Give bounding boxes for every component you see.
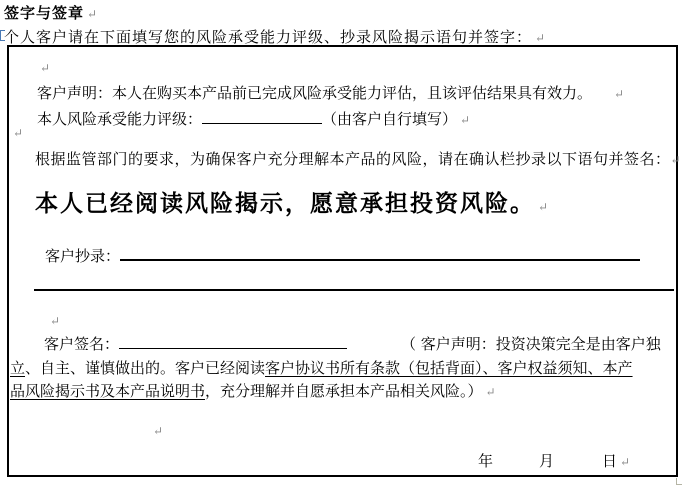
- instruction-text: 根据监管部门的要求，为确保客户充分理解本产品的风险，请在确认栏抄录以下语句并签名…: [35, 150, 671, 168]
- signature-note-underlined-text: 立: [10, 359, 25, 377]
- risk-rating-label: 本人风险承受能力评级：: [37, 110, 202, 128]
- risk-rating-line: 本人风险承受能力评级：（由客户自行填写）↵: [37, 108, 470, 129]
- risk-rating-note: （由客户自行填写）: [322, 110, 457, 128]
- signature-note-underlined-text: 品风险揭示书及本产品说明书: [10, 382, 205, 400]
- risk-statement-line: 本人已经阅读风险揭示，愿意承担投资风险。↵: [35, 185, 548, 218]
- page-title-text: 签字与签章: [4, 4, 84, 22]
- signature-paragraph: 客户签名：（ 客户声明：投资决策完全是由客户独立、自主、谨慎做出的。客户已经阅读…: [10, 333, 676, 405]
- date-line: 年月日↵: [478, 450, 630, 471]
- client-copy-blank-field[interactable]: [120, 245, 640, 261]
- date-month-label: 月: [539, 452, 554, 470]
- document-page: 签字与签章↵ 个人客户请在下面填写您的风险承受能力评级、抄录风险揭示语句并签字：…: [0, 0, 682, 486]
- pilcrow-mark: ↵: [532, 31, 545, 45]
- intro-text: 个人客户请在下面填写您的风险承受能力评级、抄录风险揭示语句并签字：: [4, 28, 532, 46]
- client-copy-blank-field-line2[interactable]: [34, 269, 674, 291]
- client-copy-label: 客户抄录：: [45, 247, 120, 265]
- signature-note-text: 、自主、谨慎做出的。客户已经阅读: [25, 359, 265, 377]
- pilcrow-mark: ↵: [535, 200, 548, 214]
- empty-paragraph: ↵: [10, 123, 23, 141]
- client-declaration-text: 客户声明：本人在购买本产品前已完成风险承受能力评估，且该评估结果具有效力。: [37, 84, 592, 102]
- pilcrow-mark: ↵: [457, 113, 470, 127]
- pilcrow-mark: ↵: [592, 87, 624, 101]
- client-copy-line: 客户抄录：: [45, 245, 640, 266]
- page-title: 签字与签章↵: [4, 2, 97, 23]
- client-declaration-line: 客户声明：本人在购买本产品前已完成风险承受能力评估，且该评估结果具有效力。↵: [37, 82, 624, 103]
- signature-note-underlined-text: 客户协议书所有条款（包括背面）、客户权益须知、本产: [265, 359, 633, 377]
- risk-rating-blank-field[interactable]: [202, 109, 322, 124]
- pilcrow-mark: ↵: [617, 455, 630, 469]
- pilcrow-mark: ↵: [483, 385, 496, 399]
- instruction-line: 根据监管部门的要求，为确保客户充分理解本产品的风险，请在确认栏抄录以下语句并签名…: [35, 148, 681, 169]
- date-year-label: 年: [478, 452, 493, 470]
- signature-note-text: （ 客户声明：投资决策完全是由客户独: [401, 335, 661, 353]
- signature-note-text: ，充分理解并自愿承担本产品相关风险。）: [205, 382, 483, 400]
- pilcrow-mark: ↵: [671, 153, 681, 167]
- intro-line: 个人客户请在下面填写您的风险承受能力评级、抄录风险揭示语句并签字：↵: [4, 26, 545, 47]
- signature-label: 客户签名：: [44, 335, 119, 353]
- text-boundary-mark: [676, 478, 682, 485]
- pilcrow-mark: ↵: [150, 424, 163, 438]
- pilcrow-mark: ↵: [47, 314, 60, 328]
- pilcrow-mark: ↵: [84, 7, 97, 21]
- empty-paragraph: ↵: [150, 421, 163, 439]
- empty-paragraph: ↵: [47, 311, 60, 329]
- date-day-label: 日: [602, 452, 617, 470]
- empty-paragraph: ↵: [37, 58, 50, 76]
- pilcrow-mark: ↵: [10, 126, 23, 140]
- signature-box: ↵ 客户声明：本人在购买本产品前已完成风险承受能力评估，且该评估结果具有效力。↵…: [7, 45, 678, 477]
- signature-blank-field[interactable]: [119, 334, 347, 349]
- risk-statement-text: 本人已经阅读风险揭示，愿意承担投资风险。: [35, 190, 535, 217]
- pilcrow-mark: ↵: [37, 61, 50, 75]
